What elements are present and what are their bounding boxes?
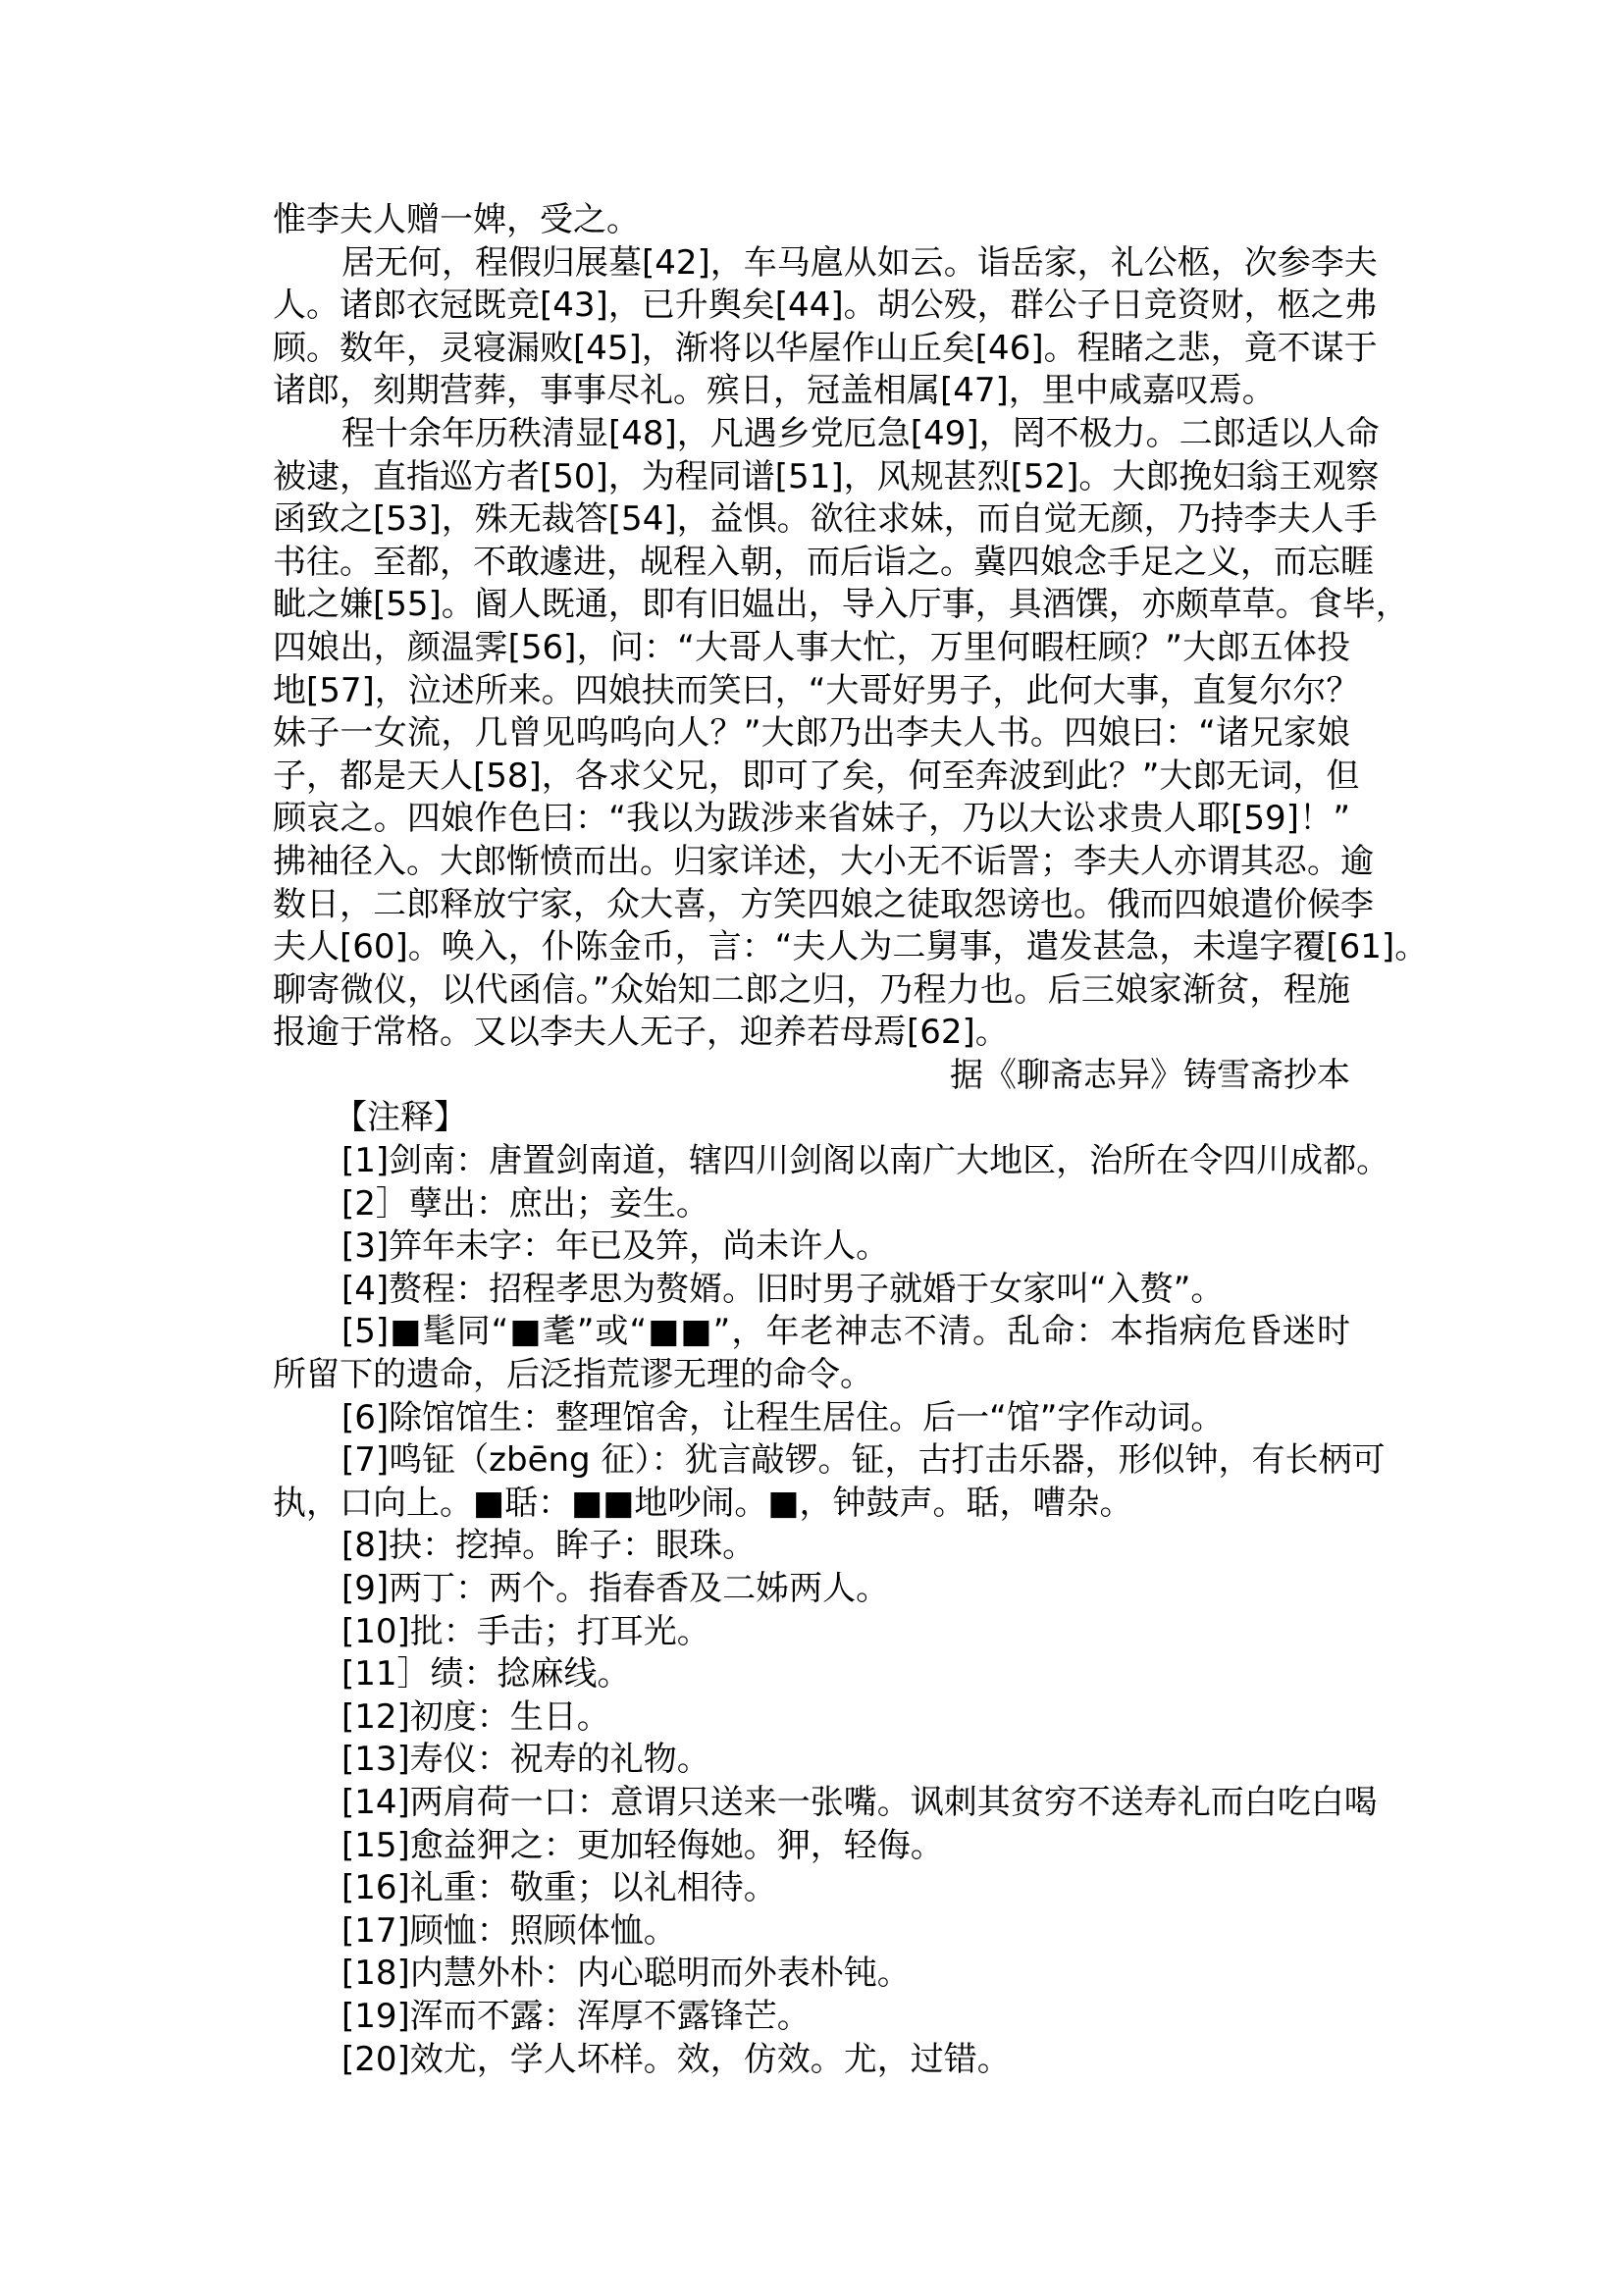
text-line: 拂袖径入。大郎惭愤而出。归家详述，大小无不诟詈；李夫人亦谓其忍。逾: [273, 841, 1350, 884]
note-line: [5]■髦同“■耄”或“■■”，年老神志不清。乱命：本指病危昏迷时: [273, 1311, 1350, 1354]
text-line: 四娘出，颜温霁[56]，问：“大哥人事大忙，万里何暇枉顾？”大郎五体投: [273, 627, 1350, 670]
note-item: [20]效尤，学人坏样。效，仿效。尤，过错。: [273, 2039, 1350, 2082]
note-line: [11］绩：捻麻线。: [273, 1653, 1350, 1696]
note-line: [3]笄年未字：年已及笄，尚未许人。: [273, 1225, 1350, 1269]
text-line: 顾哀之。四娘作色曰：“我以为跋涉来省妹子，乃以大讼求贵人耶[59]！”: [273, 798, 1350, 841]
text-line: 惟李夫人赠一婢，受之。: [273, 199, 1350, 242]
note-line: [19]浑而不露：浑厚不露锋芒。: [273, 1996, 1350, 2039]
note-line: [7]鸣钲（zbēng 征）：犹言敲锣。钲，古打击乐器，形似钟，有长柄可: [273, 1439, 1350, 1483]
note-line: [13]寿仪：祝寿的礼物。: [273, 1739, 1350, 1782]
note-item: [17]顾恤：照顾体恤。: [273, 1910, 1350, 1954]
note-line: [18]内慧外朴：内心聪明而外表朴钝。: [273, 1953, 1350, 1996]
note-item: [6]除馆馆生：整理馆舍，让程生居住。后一“馆”字作动词。: [273, 1397, 1350, 1440]
note-line: [10]批：手击；打耳光。: [273, 1611, 1350, 1654]
note-line: [15]愈益狎之：更加轻侮她。狎，轻侮。: [273, 1825, 1350, 1868]
text-line: 诸郎，刻期营葬，事事尽礼。殡日，冠盖相属[47]，里中咸嘉叹焉。: [273, 370, 1350, 413]
note-item: [10]批：手击；打耳光。: [273, 1611, 1350, 1654]
note-item: [7]鸣钲（zbēng 征）：犹言敲锣。钲，古打击乐器，形似钟，有长柄可执，口向…: [273, 1439, 1350, 1525]
document-page: 惟李夫人赠一婢，受之。居无何，程假归展墓[42]，车马扈从如云。诣岳家，礼公柩，…: [273, 199, 1350, 2081]
notes-list: [1]剑南：唐置剑南道，辖四川剑阁以南广大地区，治所在令四川成都。[2］孽出：庶…: [273, 1140, 1350, 2081]
text-line: 数日，二郎释放宁家，众大喜，方笑四娘之徒取怨谤也。俄而四娘遣价候李: [273, 884, 1350, 927]
note-line: 执，口向上。■聒：■■地吵闹。■，钟鼓声。聒，嘈杂。: [273, 1483, 1350, 1526]
note-line: [4]赘程：招程孝思为赘婿。旧时男子就婚于女家叫“入赘”。: [273, 1269, 1350, 1312]
note-item: [2］孽出：庶出；妾生。: [273, 1183, 1350, 1226]
text-line: 程十余年历秩清显[48]，凡遇乡党厄急[49]，罔不极力。二郎适以人命: [273, 413, 1350, 456]
note-item: [13]寿仪：祝寿的礼物。: [273, 1739, 1350, 1782]
note-line: [9]两丁：两个。指春香及二姊两人。: [273, 1568, 1350, 1611]
story-paragraph: 惟李夫人赠一婢，受之。: [273, 199, 1350, 242]
text-line: 地[57]，泣述所来。四娘扶而笑曰，“大哥好男子，此何大事，直复尔尔？: [273, 670, 1350, 713]
text-line: 人。诸郎衣冠既竞[43]，已升舆矣[44]。胡公殁，群公子日竞资财，柩之弗: [273, 285, 1350, 328]
note-item: [18]内慧外朴：内心聪明而外表朴钝。: [273, 1953, 1350, 1996]
note-item: [8]抉：挖掉。眸子：眼珠。: [273, 1525, 1350, 1568]
source-citation: 据《聊斋志异》铸雪斋抄本: [273, 1055, 1350, 1098]
text-line: 子，都是天人[58]，各求父兄，即可了矣，何至奔波到此？”大郎无词，但: [273, 756, 1350, 799]
text-line: 函致之[53]，殊无裁答[54]，益惧。欲往求妹，而自觉无颜，乃持李夫人手: [273, 498, 1350, 542]
note-item: [1]剑南：唐置剑南道，辖四川剑阁以南广大地区，治所在令四川成都。: [273, 1140, 1350, 1183]
note-line: [20]效尤，学人坏样。效，仿效。尤，过错。: [273, 2039, 1350, 2082]
text-line: 居无何，程假归展墓[42]，车马扈从如云。诣岳家，礼公柩，次参李夫: [273, 242, 1350, 286]
story-paragraph: 居无何，程假归展墓[42]，车马扈从如云。诣岳家，礼公柩，次参李夫人。诸郎衣冠既…: [273, 242, 1350, 413]
text-line: 被逮，直指巡方者[50]，为程同谱[51]，风规甚烈[52]。大郎挽妇翁王观察: [273, 456, 1350, 499]
note-line: 所留下的遗命，后泛指荒谬无理的命令。: [273, 1354, 1350, 1397]
text-line: 夫人[60]。唤入，仆陈金币，言：“夫人为二舅事，遣发甚急，未遑字覆[61]。: [273, 926, 1350, 969]
note-line: [16]礼重：敬重；以礼相待。: [273, 1867, 1350, 1910]
note-item: [5]■髦同“■耄”或“■■”，年老神志不清。乱命：本指病危昏迷时所留下的遗命，…: [273, 1311, 1350, 1396]
notes-heading: 【注释】: [273, 1097, 1350, 1140]
text-line: 书往。至都，不敢遽进，觇程入朝，而后诣之。冀四娘念手足之义，而忘睚: [273, 542, 1350, 585]
story-paragraph: 程十余年历秩清显[48]，凡遇乡党厄急[49]，罔不极力。二郎适以人命被逮，直指…: [273, 413, 1350, 1055]
note-item: [15]愈益狎之：更加轻侮她。狎，轻侮。: [273, 1825, 1350, 1868]
note-item: [4]赘程：招程孝思为赘婿。旧时男子就婚于女家叫“入赘”。: [273, 1269, 1350, 1312]
note-item: [14]两肩荷一口：意谓只送来一张嘴。讽刺其贫穷不送寿礼而白吃白喝: [273, 1782, 1350, 1825]
text-line: 聊寄微仪，以代函信。”众始知二郎之归，乃程力也。后三娘家渐贫，程施: [273, 969, 1350, 1013]
note-line: [1]剑南：唐置剑南道，辖四川剑阁以南广大地区，治所在令四川成都。: [273, 1140, 1350, 1183]
story-body: 惟李夫人赠一婢，受之。居无何，程假归展墓[42]，车马扈从如云。诣岳家，礼公柩，…: [273, 199, 1350, 1055]
note-line: [14]两肩荷一口：意谓只送来一张嘴。讽刺其贫穷不送寿礼而白吃白喝: [273, 1782, 1350, 1825]
note-line: [6]除馆馆生：整理馆舍，让程生居住。后一“馆”字作动词。: [273, 1397, 1350, 1440]
text-line: 顾。数年，灵寝漏败[45]，渐将以华屋作山丘矣[46]。程睹之悲，竟不谋于: [273, 328, 1350, 371]
text-line: 报逾于常格。又以李夫人无子，迎养若母焉[62]。: [273, 1012, 1350, 1055]
note-line: [17]顾恤：照顾体恤。: [273, 1910, 1350, 1954]
note-line: [12]初度：生日。: [273, 1696, 1350, 1740]
note-item: [12]初度：生日。: [273, 1696, 1350, 1740]
note-item: [19]浑而不露：浑厚不露锋芒。: [273, 1996, 1350, 2039]
note-line: [2］孽出：庶出；妾生。: [273, 1183, 1350, 1226]
text-line: 眦之嫌[55]。阍人既通，即有旧媪出，导入厅事，具酒馔，亦颇草草。食毕，: [273, 584, 1350, 627]
note-item: [16]礼重：敬重；以礼相待。: [273, 1867, 1350, 1910]
note-item: [9]两丁：两个。指春香及二姊两人。: [273, 1568, 1350, 1611]
note-line: [8]抉：挖掉。眸子：眼珠。: [273, 1525, 1350, 1568]
note-item: [3]笄年未字：年已及笄，尚未许人。: [273, 1225, 1350, 1269]
text-line: 妹子一女流，几曾见呜呜向人？”大郎乃出李夫人书。四娘曰：“诸兄家娘: [273, 712, 1350, 756]
note-item: [11］绩：捻麻线。: [273, 1653, 1350, 1696]
